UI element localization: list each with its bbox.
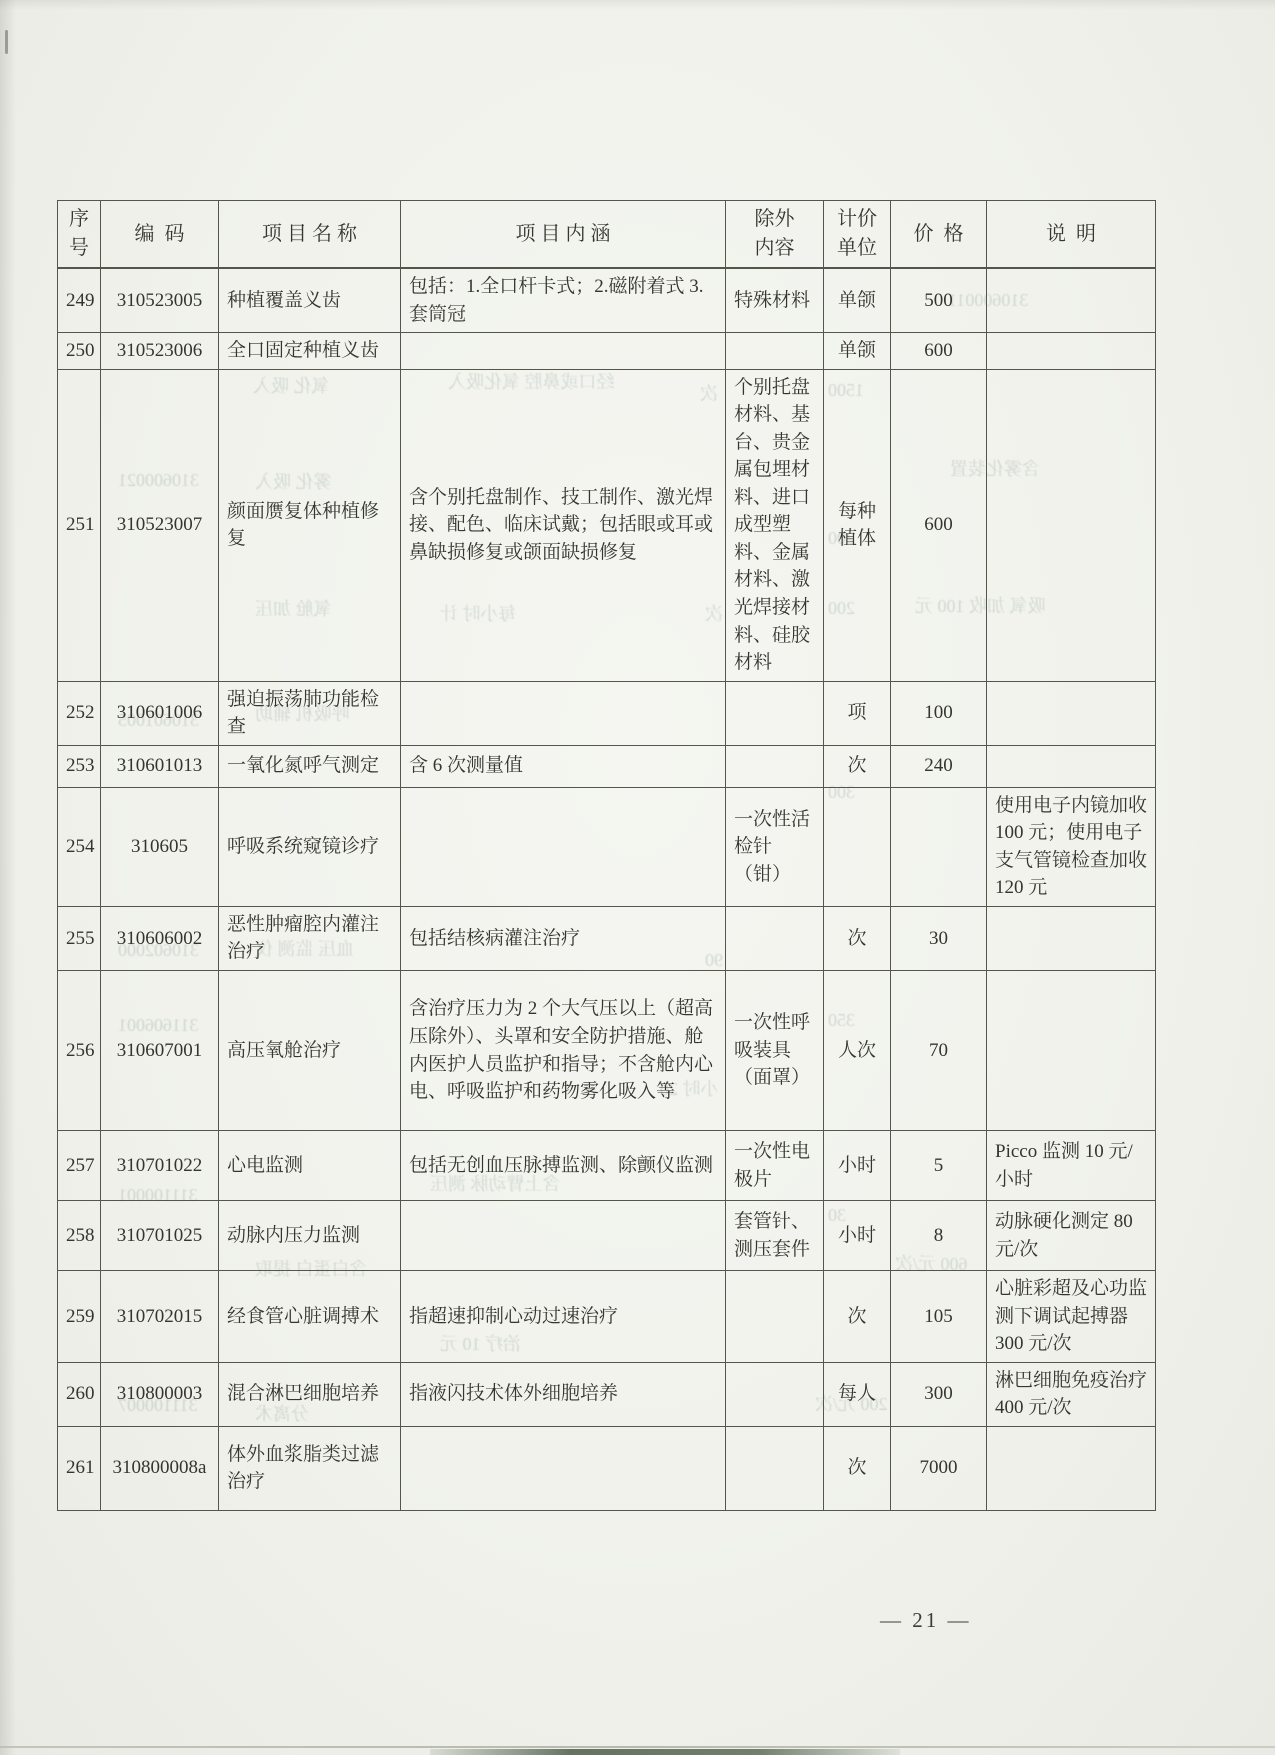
cell-unit: 小时 (824, 1201, 891, 1271)
cell-excluded: 个别托盘材料、基台、贵金属包埋材料、进口成型塑料、金属材料、激光焊接材料、硅胶材… (726, 369, 824, 681)
cell-note (987, 745, 1156, 787)
cell-note: Picco 监测 10 元/小时 (987, 1131, 1156, 1201)
cell-note (987, 906, 1156, 970)
cell-unit: 单颌 (824, 268, 891, 333)
cell-excluded: 一次性活检针（钳） (726, 787, 824, 906)
cell-content: 含治疗压力为 2 个大气压以上（超高压除外）、头罩和安全防护措施、舱内医护人员监… (401, 971, 726, 1131)
cell-code: 310523006 (101, 333, 219, 370)
cell-content (401, 1201, 726, 1271)
cell-no: 249 (58, 268, 101, 333)
cell-name: 经食管心脏调搏术 (219, 1271, 401, 1363)
cell-excluded: 套管针、测压套件 (726, 1201, 824, 1271)
cell-content: 指超速抑制心动过速治疗 (401, 1271, 726, 1363)
cell-no: 254 (58, 787, 101, 906)
cell-price: 30 (891, 906, 987, 970)
cell-content: 含个别托盘制作、技工制作、激光焊接、配色、临床试戴；包括眼或耳或鼻缺损修复或颌面… (401, 369, 726, 681)
cell-excluded (726, 1426, 824, 1510)
cell-name: 颜面赝复体种植修复 (219, 369, 401, 681)
cell-price: 300 (891, 1362, 987, 1426)
cell-no: 259 (58, 1271, 101, 1363)
cell-unit: 小时 (824, 1131, 891, 1201)
cell-name: 呼吸系统窥镜诊疗 (219, 787, 401, 906)
table-row: 254310605呼吸系统窥镜诊疗一次性活检针（钳）使用电子内镜加收 100 元… (58, 787, 1156, 906)
page-number: — 21 — (880, 1608, 972, 1633)
cell-content: 指液闪技术体外细胞培养 (401, 1362, 726, 1426)
cell-unit (824, 787, 891, 906)
cell-no: 256 (58, 971, 101, 1131)
cell-content: 含 6 次测量值 (401, 745, 726, 787)
cell-no: 255 (58, 906, 101, 970)
scan-bottom-line (0, 1746, 1275, 1748)
cell-excluded (726, 333, 824, 370)
cell-excluded: 一次性电极片 (726, 1131, 824, 1201)
cell-price: 5 (891, 1131, 987, 1201)
cell-no: 251 (58, 369, 101, 681)
scan-bottom-strip (430, 1749, 900, 1755)
scan-edge-shadow-top (0, 0, 1275, 10)
cell-code: 310800003 (101, 1362, 219, 1426)
table-row: 261310800008a体外血浆脂类过滤治疗次7000 (58, 1426, 1156, 1510)
table-row: 257310701022心电监测包括无创血压脉搏监测、除颤仪监测一次性电极片小时… (58, 1131, 1156, 1201)
cell-no: 261 (58, 1426, 101, 1510)
cell-unit: 次 (824, 1426, 891, 1510)
cell-content: 包括无创血压脉搏监测、除颤仪监测 (401, 1131, 726, 1201)
table-header-row: 序 号编 码项 目 名 称项 目 内 涵除外 内容计价 单位价 格说 明 (58, 201, 1156, 269)
cell-note (987, 1426, 1156, 1510)
cell-unit: 次 (824, 745, 891, 787)
cell-code: 310701022 (101, 1131, 219, 1201)
column-header: 项 目 内 涵 (401, 201, 726, 269)
cell-no: 258 (58, 1201, 101, 1271)
column-header: 项 目 名 称 (219, 201, 401, 269)
cell-name: 一氧化氮呼气测定 (219, 745, 401, 787)
scanned-page: 序 号编 码项 目 名 称项 目 内 涵除外 内容计价 单位价 格说 明 249… (0, 0, 1275, 1755)
cell-price: 105 (891, 1271, 987, 1363)
table-row: 253310601013一氧化氮呼气测定含 6 次测量值次240 (58, 745, 1156, 787)
cell-excluded (726, 1362, 824, 1426)
cell-note (987, 268, 1156, 333)
cell-excluded (726, 681, 824, 745)
cell-excluded: 一次性呼吸装具（面罩） (726, 971, 824, 1131)
cell-content (401, 681, 726, 745)
cell-excluded (726, 1271, 824, 1363)
cell-content (401, 1426, 726, 1510)
cell-code: 310702015 (101, 1271, 219, 1363)
cell-price: 70 (891, 971, 987, 1131)
column-header: 价 格 (891, 201, 987, 269)
column-header: 除外 内容 (726, 201, 824, 269)
cell-code: 310601006 (101, 681, 219, 745)
cell-note (987, 369, 1156, 681)
table-row: 249310523005种植覆盖义齿包括：1.全口杆卡式；2.磁附着式 3.套筒… (58, 268, 1156, 333)
cell-note (987, 971, 1156, 1131)
cell-price: 240 (891, 745, 987, 787)
cell-note (987, 333, 1156, 370)
column-header: 说 明 (987, 201, 1156, 269)
table-row: 258310701025动脉内压力监测套管针、测压套件小时8动脉硬化测定 80 … (58, 1201, 1156, 1271)
cell-no: 252 (58, 681, 101, 745)
scan-artifact-mark (5, 30, 8, 54)
cell-name: 高压氧舱治疗 (219, 971, 401, 1131)
cell-note: 淋巴细胞免疫治疗 400 元/次 (987, 1362, 1156, 1426)
cell-code: 310800008a (101, 1426, 219, 1510)
cell-price: 500 (891, 268, 987, 333)
cell-note: 动脉硬化测定 80 元/次 (987, 1201, 1156, 1271)
cell-unit: 单颌 (824, 333, 891, 370)
table-row: 256310607001高压氧舱治疗含治疗压力为 2 个大气压以上（超高压除外）… (58, 971, 1156, 1131)
table-row: 252310601006强迫振荡肺功能检查项100 (58, 681, 1156, 745)
cell-name: 动脉内压力监测 (219, 1201, 401, 1271)
cell-code: 310601013 (101, 745, 219, 787)
cell-code: 310605 (101, 787, 219, 906)
cell-code: 310523005 (101, 268, 219, 333)
cell-no: 260 (58, 1362, 101, 1426)
cell-price: 8 (891, 1201, 987, 1271)
cell-content (401, 333, 726, 370)
cell-unit: 项 (824, 681, 891, 745)
table-row: 259310702015经食管心脏调搏术指超速抑制心动过速治疗次105心脏彩超及… (58, 1271, 1156, 1363)
cell-name: 恶性肿瘤腔内灌注治疗 (219, 906, 401, 970)
cell-price: 600 (891, 333, 987, 370)
column-header: 计价 单位 (824, 201, 891, 269)
cell-excluded: 特殊材料 (726, 268, 824, 333)
cell-no: 253 (58, 745, 101, 787)
cell-no: 250 (58, 333, 101, 370)
cell-excluded (726, 906, 824, 970)
cell-name: 种植覆盖义齿 (219, 268, 401, 333)
cell-price: 100 (891, 681, 987, 745)
cell-code: 310606002 (101, 906, 219, 970)
cell-code: 310523007 (101, 369, 219, 681)
cell-price: 600 (891, 369, 987, 681)
cell-content: 包括结核病灌注治疗 (401, 906, 726, 970)
cell-unit: 次 (824, 906, 891, 970)
cell-content (401, 787, 726, 906)
cell-unit: 每人 (824, 1362, 891, 1426)
table-row: 255310606002恶性肿瘤腔内灌注治疗包括结核病灌注治疗次30 (58, 906, 1156, 970)
cell-note (987, 681, 1156, 745)
cell-price (891, 787, 987, 906)
cell-content: 包括：1.全口杆卡式；2.磁附着式 3.套筒冠 (401, 268, 726, 333)
cell-code: 310701025 (101, 1201, 219, 1271)
table-row: 251310523007颜面赝复体种植修复含个别托盘制作、技工制作、激光焊接、配… (58, 369, 1156, 681)
cell-price: 7000 (891, 1426, 987, 1510)
cell-name: 混合淋巴细胞培养 (219, 1362, 401, 1426)
cell-name: 心电监测 (219, 1131, 401, 1201)
price-table: 序 号编 码项 目 名 称项 目 内 涵除外 内容计价 单位价 格说 明 249… (57, 200, 1156, 1511)
column-header: 编 码 (101, 201, 219, 269)
column-header: 序 号 (58, 201, 101, 269)
table-row: 260310800003混合淋巴细胞培养指液闪技术体外细胞培养每人300淋巴细胞… (58, 1362, 1156, 1426)
table-row: 250310523006全口固定种植义齿单颌600 (58, 333, 1156, 370)
cell-name: 体外血浆脂类过滤治疗 (219, 1426, 401, 1510)
cell-note: 心脏彩超及心功监测下调试起搏器 300 元/次 (987, 1271, 1156, 1363)
cell-excluded (726, 745, 824, 787)
cell-note: 使用电子内镜加收 100 元；使用电子支气管镜检查加收 120 元 (987, 787, 1156, 906)
cell-code: 310607001 (101, 971, 219, 1131)
cell-name: 强迫振荡肺功能检查 (219, 681, 401, 745)
cell-unit: 人次 (824, 971, 891, 1131)
scan-edge-shadow-left (0, 0, 16, 1755)
cell-name: 全口固定种植义齿 (219, 333, 401, 370)
cell-no: 257 (58, 1131, 101, 1201)
cell-unit: 每种植体 (824, 369, 891, 681)
cell-unit: 次 (824, 1271, 891, 1363)
